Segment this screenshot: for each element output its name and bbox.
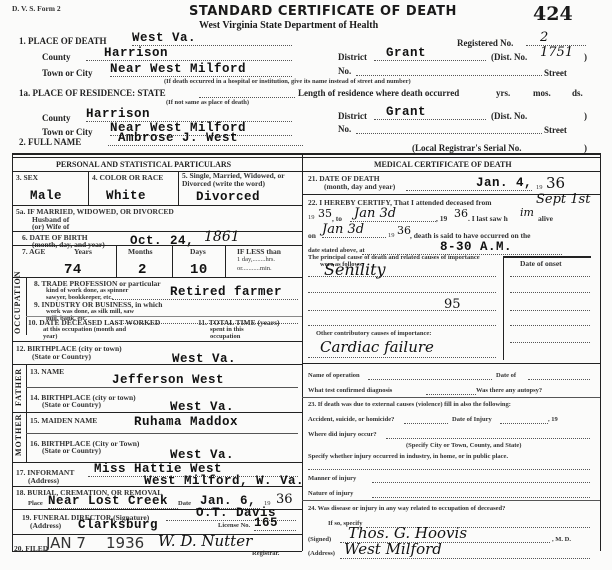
year-c: 36 (397, 224, 411, 237)
full-name: Ambrose J. West (108, 131, 303, 146)
county-of-death: Harrison (86, 46, 292, 61)
year-b-prefix: , 19 (436, 214, 447, 223)
accident-label: Accident, suicide, or homicide? (308, 416, 394, 423)
age-months: 2 (138, 262, 147, 278)
injury-year-label: , 19 (548, 416, 558, 423)
mother-bp-sub: (State or Country) (42, 446, 101, 455)
residence-state-field (199, 88, 295, 98)
race-value: White (106, 189, 146, 203)
license-no: 165 (254, 516, 296, 531)
date-stated-label: date stated above, at (308, 247, 365, 254)
last-saw-pronoun: im (520, 206, 534, 219)
less-than-label: IF LESS than (237, 247, 281, 256)
res-no-label: No. (338, 124, 351, 134)
months-label: Months (128, 247, 153, 256)
manner-label: Manner of injury (308, 475, 356, 482)
res-street-label: Street (544, 125, 567, 135)
no-label: No. (338, 66, 351, 76)
res-county-label: County (42, 113, 71, 123)
street-label: Street (544, 68, 567, 78)
less-min: or...........min. (237, 265, 272, 272)
occurred-label: , death is said to have occurred on the (410, 231, 531, 240)
filed-date-stamp: JAN 7 (46, 534, 86, 552)
physician-address: West Milford (340, 540, 590, 559)
yrs-label: yrs. (496, 88, 510, 98)
father-name-label: 13. NAME (30, 367, 64, 376)
year-a-prefix: 19 (308, 214, 315, 221)
hospital-note: (If death occurred in a hospital or inst… (164, 78, 411, 85)
test-label: What test confirmed diagnosis (308, 387, 392, 394)
years-label: Years (74, 247, 92, 256)
funeral-address-label: (Address) (30, 521, 61, 530)
ds-label: ds. (572, 88, 583, 98)
age-years: 74 (64, 262, 82, 278)
county-label: County (42, 52, 71, 62)
filed-year-stamp: 1936 (106, 534, 144, 552)
mos-label: mos. (533, 88, 551, 98)
father-side-label: FATHER (14, 368, 23, 406)
where-injury-label: Where did injury occur? (308, 431, 377, 438)
place-label: Place (28, 500, 43, 507)
burial-year: 36 (276, 492, 293, 507)
other-causes-label: Other contributory causes of importance: (316, 330, 431, 337)
registrar-signature: W. D. Nutter (158, 532, 252, 550)
last-worked-label-2: at this occupation (month and (43, 326, 126, 333)
less-day: 1 day,........hrs. (237, 256, 275, 263)
district-of-death: Grant (374, 46, 486, 61)
last-saw-date: Jan 3d (322, 222, 386, 238)
nature-label: Nature of injury (308, 490, 353, 497)
total-time-label-3: occupation (210, 333, 240, 340)
other-cause: Cardiac failure (320, 338, 434, 356)
where-note: (Specify City or Town, County, and State… (406, 442, 521, 449)
burial-place: Near Lost Creek (48, 494, 178, 509)
dist-no: 1751 (540, 45, 573, 60)
residence-note: (If not same as place of death) (166, 99, 249, 106)
age-label: 7. AGE (22, 247, 45, 256)
specify-injury-label: Specify whether injury occurred in indus… (308, 453, 508, 460)
on-label: on (308, 231, 316, 240)
year-a: 35 (318, 207, 332, 220)
dist-no-label: (Dist. No. (491, 52, 527, 62)
res-county: Harrison (86, 107, 292, 122)
district-label: District (338, 52, 367, 62)
physician-address-label: (Address) (308, 550, 335, 557)
town-of-death: Near West Milford (110, 62, 292, 77)
res-dist-no-label: (Dist. No. (491, 111, 527, 121)
town-label: Town or City (42, 68, 93, 78)
death-certificate: D. V. S. Form 2 STANDARD CERTIFICATE OF … (6, 0, 606, 570)
industry-label-2: work was done, as silk mill, saw (46, 308, 134, 315)
place-of-death-label: 1. PLACE OF DEATH (19, 36, 107, 46)
op-date-label: Date of (496, 372, 516, 379)
dob-year: 1861 (204, 229, 240, 245)
autopsy-label: Was there any autopsy? (476, 387, 542, 394)
length-of-residence-label: Length of residence where death occurred (298, 88, 459, 98)
full-name-label: 2. FULL NAME (19, 137, 81, 147)
spouse-sub2: (or) Wife of (32, 222, 69, 231)
certificate-subtitle: West Virginia State Department of Health (199, 20, 378, 31)
total-time-label-2: spent in this (210, 326, 244, 333)
mother-name-label: 15. MAIDEN NAME (30, 416, 97, 425)
marital-value: Divorced (196, 190, 260, 204)
informant-address-label: (Address) (28, 476, 59, 485)
date-of-onset-label: Date of onset (520, 259, 562, 268)
last-worked-label-3: year) (43, 333, 57, 340)
serial-label: (Local Registrar's Serial No. (412, 143, 521, 153)
date-of-death: Jan. 4, (406, 176, 532, 191)
days-label: Days (190, 247, 206, 256)
mother-maiden-name: Ruhama Maddox (134, 415, 238, 429)
time-of-death: 8-30 A.M. (362, 240, 562, 255)
street-no-field (356, 66, 542, 76)
dod-year: 36 (546, 174, 565, 192)
signed-label: (Signed) (308, 536, 331, 543)
residence-label: 1a. PLACE OF RESIDENCE: STATE (19, 88, 166, 98)
trade-value: Retired farmer (112, 285, 298, 300)
funeral-address: Clarksburg (78, 518, 158, 532)
marital-label: 5. Single, Married, Widowed, or Divorced… (182, 172, 298, 188)
certificate-number: 424 (533, 3, 573, 25)
dod-sub: (month, day and year) (324, 182, 395, 191)
place-of-death-state: West Va. (132, 31, 292, 46)
certificate-title: STANDARD CERTIFICATE OF DEATH (189, 4, 457, 19)
sex-label: 3. SEX (16, 173, 38, 182)
attended-from: Sept 1st (536, 192, 590, 207)
mother-bp: West Va. (170, 448, 234, 462)
mother-side-label: MOTHER (14, 414, 23, 456)
dod-year-prefix: 19 (536, 184, 543, 191)
race-label: 4. COLOR OR RACE (92, 173, 163, 182)
occupation-side-label: OCCUPATION (13, 271, 22, 334)
license-label: License No. (218, 522, 250, 529)
year-c-prefix: 19 (388, 232, 395, 239)
father-bp-sub: (State or Country) (42, 400, 101, 409)
medical-section-title: MEDICAL CERTIFICATE OF DEATH (374, 160, 512, 169)
sex-value: Male (30, 189, 62, 203)
registered-no: 2 (526, 30, 586, 46)
birthplace-sub: (State or Country) (32, 352, 91, 361)
last-saw-label: . I last saw h (468, 214, 508, 223)
year-b: 36 (454, 207, 468, 220)
personal-section-title: PERSONAL AND STATISTICAL PARTICULARS (56, 160, 231, 169)
age-days: 10 (190, 262, 208, 278)
injury-date-label: Date of Injury (452, 416, 492, 423)
form-id: D. V. S. Form 2 (12, 4, 61, 13)
res-town-label: Town or City (42, 127, 93, 137)
res-district-label: District (338, 111, 367, 121)
alive-label: alive (538, 214, 553, 223)
external-causes-label: 23. If death was due to external causes … (308, 401, 511, 408)
father-name: Jefferson West (112, 373, 224, 387)
attended-to: Jan 3d (350, 206, 436, 222)
related-occupation-label: 24. Was disease or injury in any way rel… (308, 505, 505, 512)
operation-label: Name of operation (308, 372, 360, 379)
res-district: Grant (374, 105, 486, 120)
